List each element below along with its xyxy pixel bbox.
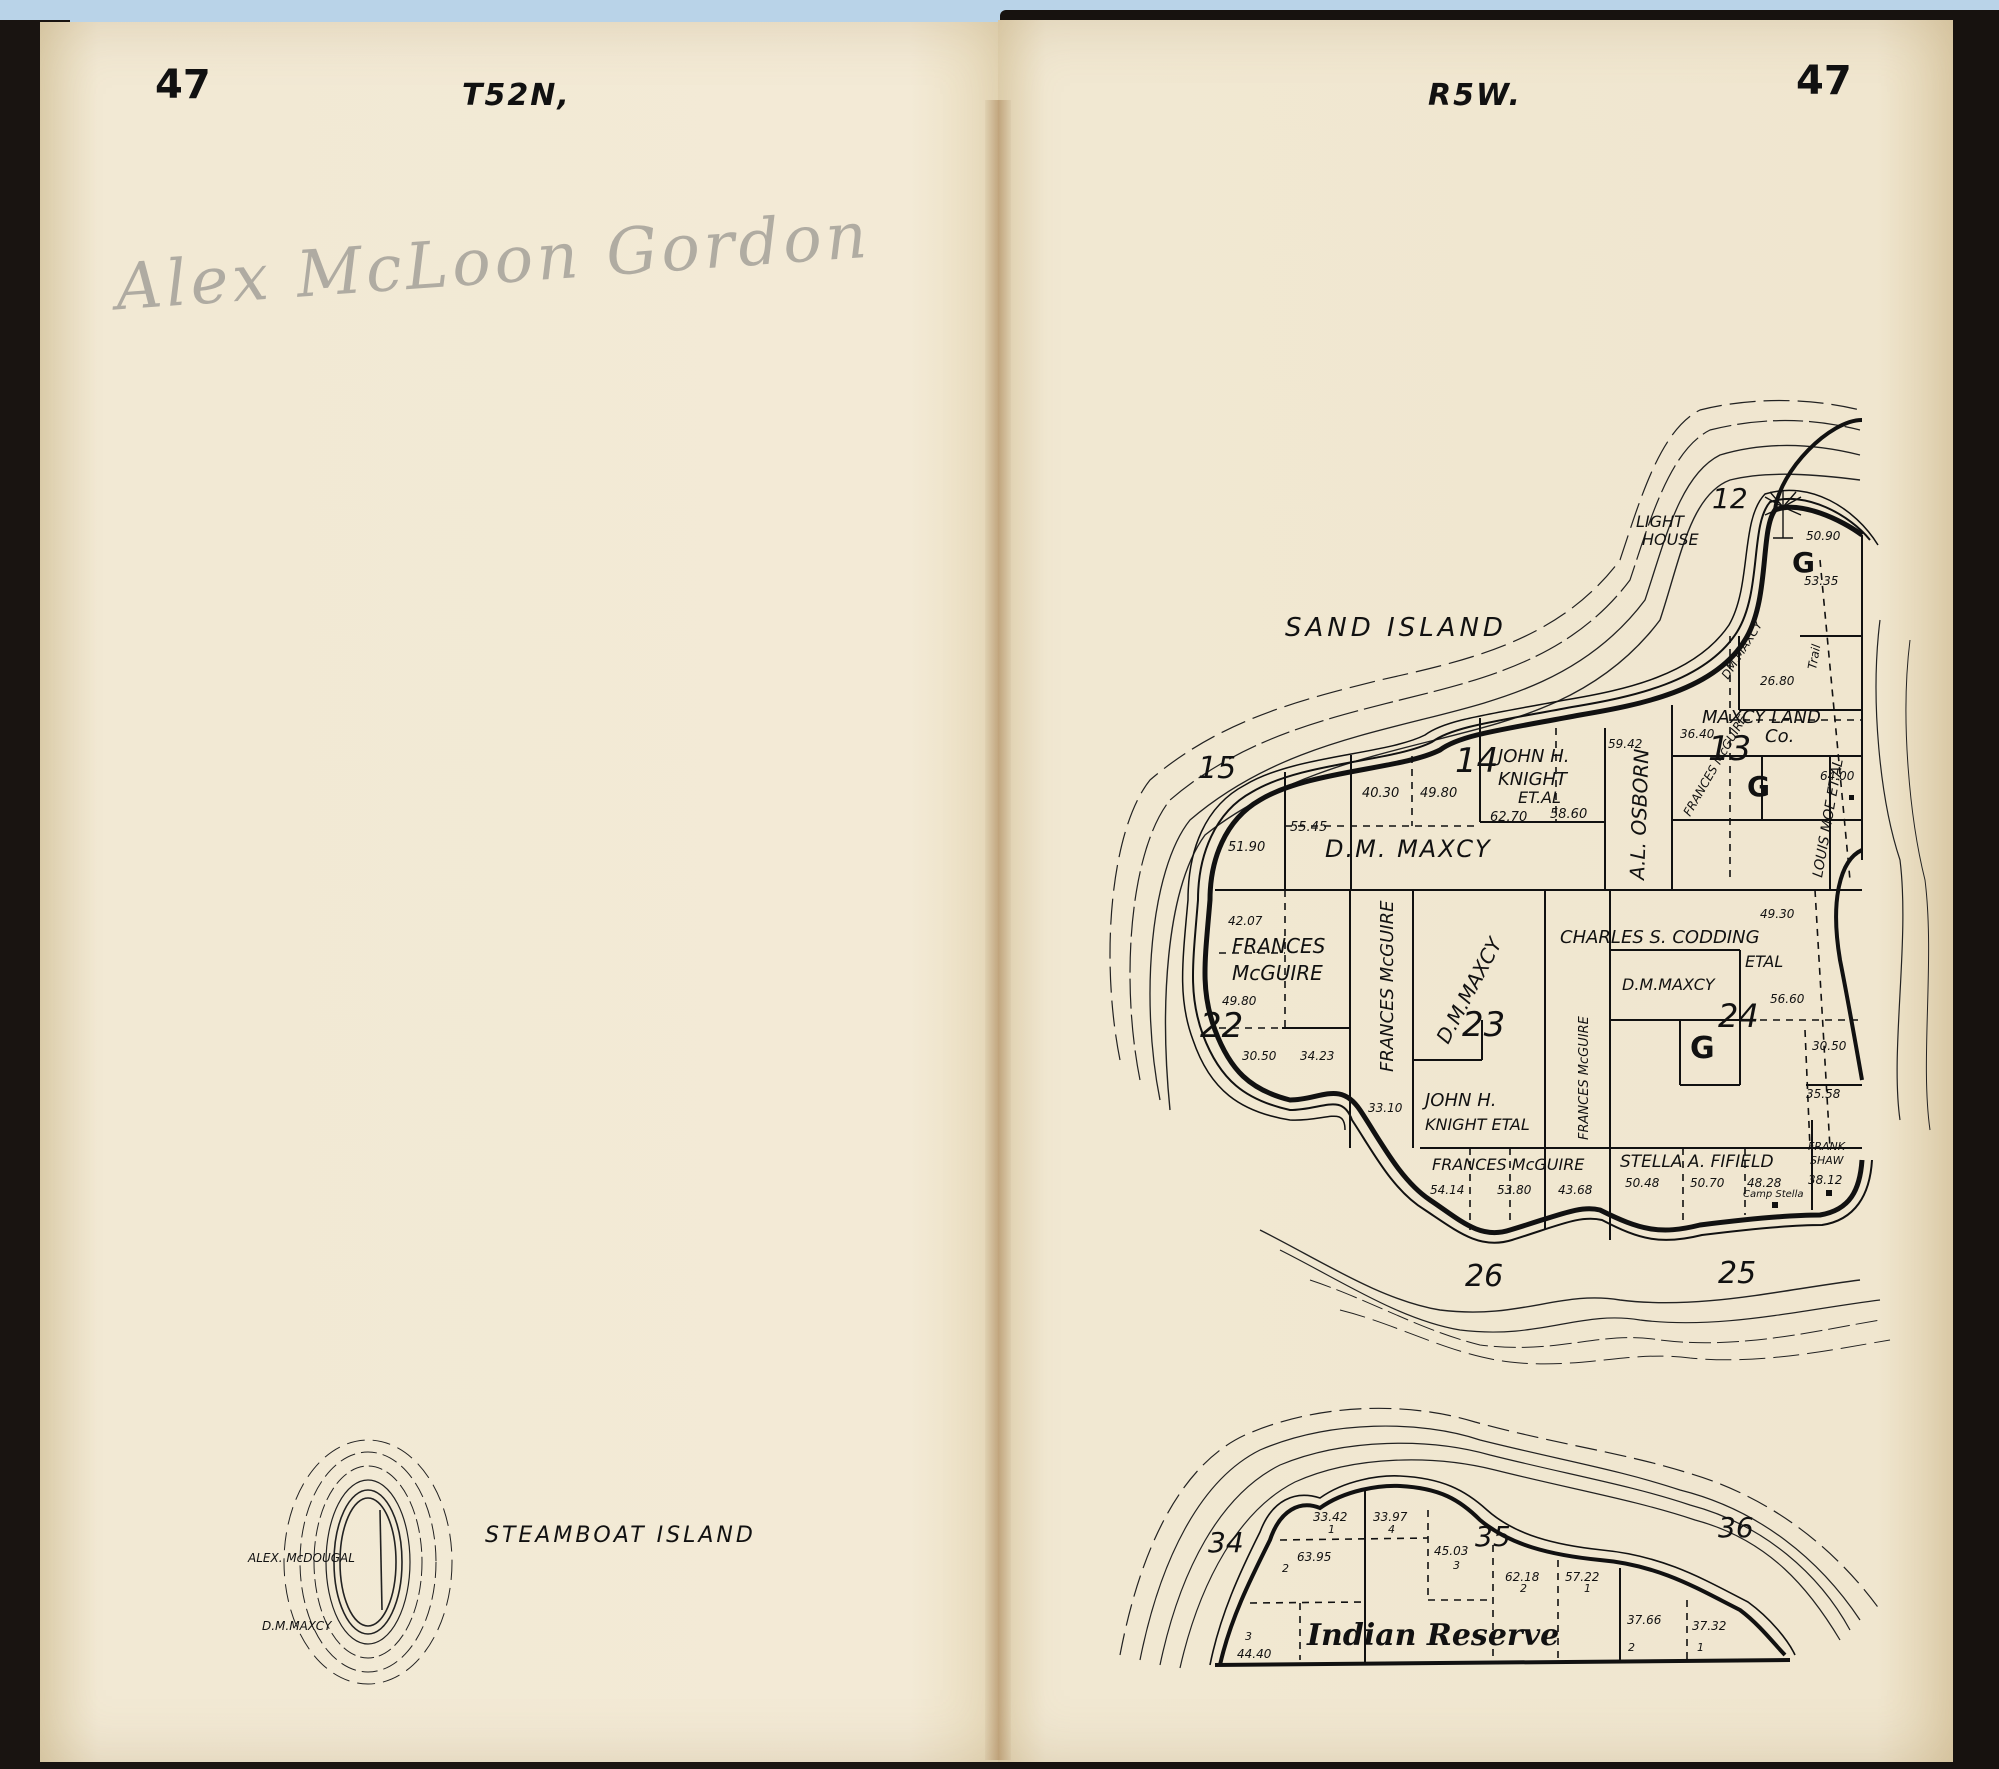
owner-frank-shaw: FRANK	[1808, 1140, 1846, 1153]
section-15: 15	[1198, 751, 1236, 786]
acreage: 45.03	[1434, 1544, 1468, 1558]
lot-number: 1	[1584, 1582, 1591, 1595]
owner-charles-codding: CHARLES S. CODDING	[1560, 927, 1760, 948]
owner-frances-mcguire-23: FRANCES McGUIRE	[1377, 900, 1398, 1072]
acreage: 35.58	[1806, 1087, 1841, 1101]
camp-building-icon	[1772, 1202, 1778, 1208]
lot-number: 2	[1282, 1562, 1289, 1575]
lot-number: 2	[1520, 1582, 1527, 1595]
dashed-lot-lines	[1219, 560, 1862, 1230]
plat-map: STEAMBOAT ISLAND ALEX. McDOUGAL D.M.MAXC…	[0, 0, 1999, 1769]
acreage: 42.07	[1228, 914, 1263, 928]
acreage: 53.35	[1804, 574, 1838, 588]
section-24: 24	[1718, 997, 1759, 1035]
owner-alex-mcdougal: ALEX. McDOUGAL	[247, 1551, 355, 1565]
acreage: 63.95	[1297, 1550, 1331, 1564]
lot-number: 4	[1388, 1523, 1395, 1536]
acreage: 59.42	[1608, 737, 1642, 751]
acreage: 57.22	[1565, 1570, 1599, 1584]
acreage: 51.90	[1228, 840, 1265, 855]
acreage: 58.60	[1550, 807, 1587, 822]
gov-lot-marker-24: G	[1690, 1031, 1715, 1066]
acreage: 33.42	[1313, 1510, 1347, 1524]
lighthouse-label-2: HOUSE	[1642, 530, 1699, 549]
lot-number: 2	[1628, 1641, 1635, 1654]
indian-reserve-label: Indian Reserve	[1306, 1618, 1559, 1653]
section-34: 34	[1208, 1526, 1244, 1559]
trail-label: Trail	[1805, 642, 1823, 670]
acreage: 26.80	[1760, 674, 1795, 688]
section-12: 12	[1712, 482, 1748, 515]
owner-john-knight-14: JOHN H.	[1495, 746, 1569, 767]
lighthouse-label-1: LIGHT	[1636, 512, 1685, 531]
owner-dm-maxcy: D.M. MAXCY	[1325, 835, 1492, 863]
owner-al-osborn: A.L. OSBORN	[1625, 748, 1654, 882]
section-35: 35	[1475, 1520, 1511, 1553]
acreage: 36.40	[1680, 727, 1715, 741]
acreage: 49.30	[1760, 907, 1795, 921]
acreage: 54.14	[1430, 1183, 1464, 1197]
lot-number: 1	[1328, 1523, 1335, 1536]
acreage: 62.70	[1490, 810, 1527, 825]
section-26: 26	[1465, 1259, 1503, 1294]
acreage: 34.23	[1300, 1049, 1334, 1063]
acreage: 53.80	[1497, 1183, 1532, 1197]
section-22: 22	[1200, 1006, 1243, 1046]
acreage: 48.28	[1747, 1176, 1782, 1190]
acreage: 37.32	[1692, 1619, 1726, 1633]
owner-maxcy-land-co-b: Co.	[1765, 726, 1794, 747]
acreage: 50.48	[1625, 1176, 1660, 1190]
acreage: 49.80	[1222, 994, 1257, 1008]
acreage: 50.70	[1690, 1176, 1725, 1190]
building-icon	[1826, 1190, 1832, 1196]
owner-dm-maxcy-steamboat: D.M.MAXCY	[262, 1619, 333, 1633]
acreage: 49.80	[1420, 786, 1457, 801]
acreage: 33.10	[1368, 1101, 1403, 1115]
acreage: 40.30	[1362, 786, 1399, 801]
acreage: 37.66	[1627, 1613, 1662, 1627]
owner-john-knight-23b: KNIGHT ETAL	[1425, 1115, 1530, 1134]
gov-lot-marker-13: G	[1747, 770, 1770, 803]
owner-frances-mcguire-23b: FRANCES McGUIRE	[1577, 1015, 1592, 1140]
section-14: 14	[1455, 741, 1498, 781]
section-25: 25	[1718, 1256, 1756, 1291]
owner-codding-etal: ETAL	[1745, 952, 1783, 971]
sand-island-title: SAND ISLAND	[1285, 613, 1507, 643]
owner-dm-maxcy-13: DM.MAXCY	[1719, 617, 1767, 682]
acreage: 56.60	[1770, 992, 1805, 1006]
acreage: 55.45	[1290, 820, 1327, 835]
lot-number: 3	[1245, 1630, 1252, 1643]
acreage: 43.68	[1558, 1183, 1593, 1197]
acreage: 64.00	[1820, 769, 1855, 783]
camp-stella-label: Camp Stella	[1743, 1189, 1803, 1200]
owner-frances-mcguire-22b: McGUIRE	[1232, 961, 1323, 985]
owner-frances-mcguire-26: FRANCES McGUIRE	[1432, 1155, 1585, 1174]
steamboat-island-title: STEAMBOAT ISLAND	[485, 1523, 756, 1548]
owner-john-knight-23: JOHN H.	[1422, 1090, 1496, 1111]
owner-stella-fifield: STELLA A. FIFIELD	[1620, 1152, 1774, 1172]
acreage: 44.40	[1237, 1647, 1272, 1661]
acreage: 30.50	[1812, 1039, 1847, 1053]
owner-john-knight-14c: ET.AL	[1518, 788, 1561, 807]
lot-number: 1	[1697, 1641, 1704, 1654]
section-36: 36	[1718, 1511, 1754, 1544]
lot-number: 3	[1453, 1559, 1460, 1572]
sand-island-shoreline	[1183, 420, 1878, 1243]
acreage: 30.50	[1242, 1049, 1277, 1063]
acreage: 33.97	[1373, 1510, 1408, 1524]
acreage: 50.90	[1806, 529, 1841, 543]
acreage: 38.12	[1808, 1173, 1842, 1187]
owner-dm-maxcy-24: D.M.MAXCY	[1622, 975, 1716, 994]
owner-maxcy-land-co: MAXCY LAND	[1702, 707, 1821, 728]
owner-john-knight-14b: KNIGHT	[1498, 769, 1569, 790]
owner-frank-shaw-b: SHAW	[1810, 1154, 1845, 1167]
building-icon	[1849, 795, 1854, 800]
owner-frances-mcguire-22: FRANCES	[1232, 934, 1326, 958]
